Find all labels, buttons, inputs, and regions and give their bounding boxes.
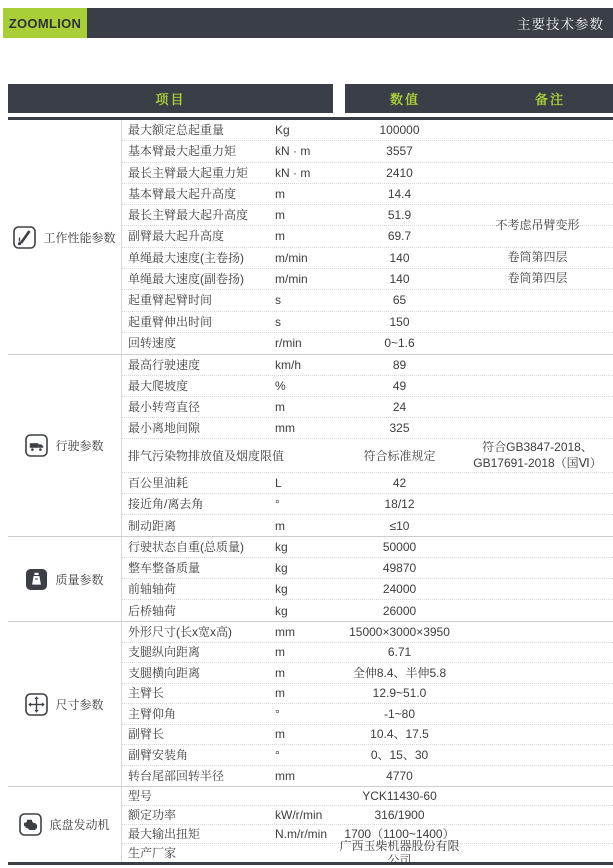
unit-cell: s (275, 293, 337, 307)
item-cell: 最小离地间隙 (122, 421, 275, 435)
unit-cell: r/min (275, 336, 337, 350)
value-cell: 100000 (337, 123, 462, 137)
item-cell: 生产厂家 (122, 846, 275, 860)
section-group-cell: 尺寸参数 (8, 622, 122, 786)
value-cell: 26000 (337, 604, 462, 618)
table-row: 最大爬坡度%49 (122, 376, 613, 397)
value-cell: 6.71 (337, 645, 462, 659)
unit-cell: m (275, 666, 337, 680)
remark-cell: 不考虑吊臂变形 (462, 218, 613, 234)
table-row: 基本臂最大起升高度m14.4 (122, 184, 613, 205)
column-header-value: 数值 (345, 89, 465, 108)
table-row: 接近角/离去角°18/12 (122, 494, 613, 515)
value-cell: YCK11430-60 (337, 789, 462, 803)
table-row: 最长主臂最大起重力矩kN · m2410 (122, 163, 613, 184)
table-row: 生产厂家广西玉柴机器股份有限公司 (122, 844, 613, 863)
table-row: 最小离地间隙mm325 (122, 418, 613, 439)
table-row: 主臂长m12.9~51.0 (122, 684, 613, 705)
table-row: 回转速度r/min0~1.6 (122, 333, 613, 354)
value-cell: 14.4 (337, 187, 462, 201)
parameter-section: 行驶参数最高行驶速度km/h89最大爬坡度%49最小转弯直径m24最小离地间隙m… (8, 355, 613, 537)
item-cell: 单绳最大速度(主卷扬) (122, 251, 275, 265)
value-cell: 50000 (337, 540, 462, 554)
parameter-section: 底盘发动机型号YCK11430-60额定功率kW/r/min316/1900最大… (8, 787, 613, 862)
value-cell: 140 (337, 251, 462, 265)
unit-cell: N.m/r/min (275, 827, 337, 841)
section-group-cell: 底盘发动机 (8, 787, 122, 862)
table-row: 前轴轴荷kg24000 (122, 579, 613, 600)
unit-cell: mm (275, 421, 337, 435)
item-cell: 接近角/离去角 (122, 497, 275, 511)
value-cell: 24 (337, 400, 462, 414)
item-cell: 回转速度 (122, 336, 275, 350)
table-row: 单绳最大速度(主卷扬)m/min140卷筒第四层 (122, 248, 613, 269)
unit-cell: mm (275, 769, 337, 783)
unit-cell: kg (275, 561, 337, 575)
table-row: 外形尺寸(长x宽x高)mm15000×3000×3950 (122, 622, 613, 643)
value-cell: 140 (337, 272, 462, 286)
table-row: 转台尾部回转半径mm4770 (122, 766, 613, 787)
item-cell: 副臂安装角 (122, 748, 275, 762)
unit-cell: kW/r/min (275, 808, 337, 822)
value-cell: 49870 (337, 561, 462, 575)
table-row: 行驶状态自重(总质量)kg50000 (122, 537, 613, 558)
table-row: 排气污染物排放值及烟度限值符合标准规定符合GB3847-2018、 GB1769… (122, 439, 613, 473)
unit-cell: ° (275, 748, 337, 762)
value-cell: ≤10 (337, 519, 462, 533)
unit-cell: km/h (275, 358, 337, 372)
value-cell: 15000×3000×3950 (337, 625, 462, 639)
value-cell: 69.7 (337, 229, 462, 243)
table-row: 最大额定总起重量Kg100000 (122, 120, 613, 141)
table-row: 型号YCK11430-60 (122, 787, 613, 806)
item-cell: 起重臂伸出时间 (122, 315, 275, 329)
truck-icon (25, 434, 48, 457)
unit-cell: kg (275, 604, 337, 618)
unit-cell: m (275, 229, 337, 243)
table-row: 制动距离m≤10 (122, 515, 613, 536)
table-row: 起重臂伸出时间s150 (122, 312, 613, 333)
unit-cell: m (275, 400, 337, 414)
item-cell: 单绳最大速度(副卷扬) (122, 272, 275, 286)
value-cell: 12.9~51.0 (337, 686, 462, 700)
unit-cell: m (275, 187, 337, 201)
value-cell: 18/12 (337, 497, 462, 511)
unit-cell: m (275, 686, 337, 700)
item-cell: 额定功率 (122, 808, 275, 822)
remark-cell: 卷筒第四层 (462, 250, 613, 266)
unit-cell: % (275, 379, 337, 393)
item-cell: 后桥轴荷 (122, 604, 275, 618)
section-label: 底盘发动机 (49, 816, 109, 833)
unit-cell: kg (275, 540, 337, 554)
value-cell: 65 (337, 293, 462, 307)
table-row: 主臂仰角°-1~80 (122, 704, 613, 725)
value-cell: 2410 (337, 166, 462, 180)
column-header-remark: 备注 (465, 89, 613, 108)
move-arrows-icon (25, 693, 48, 716)
item-cell: 支腿纵向距离 (122, 645, 275, 659)
unit-cell: mm (275, 625, 337, 639)
value-cell: 0、15、30 (337, 748, 462, 762)
value-cell: 325 (337, 421, 462, 435)
section-group-cell: 行驶参数 (8, 355, 122, 536)
item-cell: 制动距离 (122, 519, 275, 533)
value-cell: 0~1.6 (337, 336, 462, 350)
section-rows: 最高行驶速度km/h89最大爬坡度%49最小转弯直径m24最小离地间隙mm325… (122, 355, 613, 536)
table-row: 副臂安装角°0、15、30 (122, 745, 613, 766)
unit-cell: m/min (275, 272, 337, 286)
unit-cell: L (275, 476, 337, 490)
section-label: 行驶参数 (55, 437, 103, 454)
value-cell: 24000 (337, 582, 462, 596)
item-cell: 百公里油耗 (122, 476, 275, 490)
unit-cell: m (275, 208, 337, 222)
table-row: 后桥轴荷kg26000 (122, 600, 613, 621)
item-cell: 基本臂最大起重力矩 (122, 144, 275, 158)
item-cell: 型号 (122, 789, 275, 803)
item-cell: 最高行驶速度 (122, 358, 275, 372)
remark-cell: 符合GB3847-2018、 GB17691-2018（国Ⅵ） (462, 440, 613, 471)
table-header: 项目 数值 备注 (8, 84, 613, 113)
value-cell: 49 (337, 379, 462, 393)
unit-cell: m (275, 645, 337, 659)
section-rows: 型号YCK11430-60额定功率kW/r/min316/1900最大输出扭矩N… (122, 787, 613, 862)
item-cell: 最大输出扭矩 (122, 827, 275, 841)
unit-cell: m (275, 727, 337, 741)
value-cell: 符合标准规定 (337, 449, 462, 463)
table-row: 基本臂最大起重力矩kN · m3557 (122, 141, 613, 162)
section-group-cell: 质量参数 (8, 537, 122, 621)
value-cell: 3557 (337, 144, 462, 158)
item-cell: 行驶状态自重(总质量) (122, 540, 275, 554)
weight-icon (25, 568, 48, 591)
value-cell: 89 (337, 358, 462, 372)
section-rows: 行驶状态自重(总质量)kg50000整车整备质量kg49870前轴轴荷kg240… (122, 537, 613, 621)
value-cell: 316/1900 (337, 808, 462, 822)
parameter-section: 质量参数行驶状态自重(总质量)kg50000整车整备质量kg49870前轴轴荷k… (8, 537, 613, 622)
value-cell: 150 (337, 315, 462, 329)
value-cell: 51.9 (337, 208, 462, 222)
header-right-block: 数值 备注 (345, 84, 613, 113)
section-label: 尺寸参数 (55, 696, 103, 713)
value-cell: 广西玉柴机器股份有限公司 (337, 839, 462, 868)
table-body: 工作性能参数最大额定总起重量Kg100000基本臂最大起重力矩kN · m355… (8, 117, 613, 865)
table-row: 整车整备质量kg49870 (122, 558, 613, 579)
table-row: 单绳最大速度(副卷扬)m/min140卷筒第四层 (122, 269, 613, 290)
section-rows: 最大额定总起重量Kg100000基本臂最大起重力矩kN · m3557最长主臂最… (122, 120, 613, 354)
unit-cell: kg (275, 582, 337, 596)
section-label: 工作性能参数 (43, 229, 115, 246)
table-row: 起重臂起臂时间s65 (122, 290, 613, 311)
value-cell: 42 (337, 476, 462, 490)
item-cell: 起重臂起臂时间 (122, 293, 275, 307)
table-row: 支腿纵向距离m6.71 (122, 643, 613, 664)
section-label: 质量参数 (55, 571, 103, 588)
table-row: 最高行驶速度km/h89 (122, 355, 613, 376)
item-cell: 排气污染物排放值及烟度限值 (122, 449, 275, 463)
item-cell: 整车整备质量 (122, 561, 275, 575)
table-row: 副臂长m10.4、17.5 (122, 725, 613, 746)
table-row: 额定功率kW/r/min316/1900 (122, 806, 613, 825)
zoomlion-logo: ZOOMLION (3, 8, 87, 38)
item-cell: 主臂长 (122, 686, 275, 700)
item-cell: 转台尾部回转半径 (122, 769, 275, 783)
crane-boom-icon (13, 226, 36, 249)
item-cell: 支腿横向距离 (122, 666, 275, 680)
unit-cell: ° (275, 707, 337, 721)
unit-cell: Kg (275, 123, 337, 137)
item-cell: 最长主臂最大起升高度 (122, 208, 275, 222)
top-bar: ZOOMLION 主要技术参数 (3, 8, 613, 38)
remark-cell: 卷筒第四层 (462, 271, 613, 287)
value-cell: 全伸8.4、半伸5.8 (337, 666, 462, 680)
item-cell: 最长主臂最大起重力矩 (122, 166, 275, 180)
value-cell: 10.4、17.5 (337, 727, 462, 741)
table-row: 最长主臂最大起升高度m51.9不考虑吊臂变形 (122, 205, 613, 226)
section-rows: 外形尺寸(长x宽x高)mm15000×3000×3950支腿纵向距离m6.71支… (122, 622, 613, 786)
page-title: 主要技术参数 (517, 13, 613, 33)
engine-icon (19, 813, 42, 836)
table-row: 最小转弯直径m24 (122, 397, 613, 418)
item-cell: 副臂长 (122, 727, 275, 741)
item-cell: 主臂仰角 (122, 707, 275, 721)
parameter-section: 工作性能参数最大额定总起重量Kg100000基本臂最大起重力矩kN · m355… (8, 120, 613, 355)
unit-cell: m/min (275, 251, 337, 265)
item-cell: 外形尺寸(长x宽x高) (122, 625, 275, 639)
unit-cell: kN · m (275, 166, 337, 180)
header-gap (333, 84, 345, 113)
parameter-section: 尺寸参数外形尺寸(长x宽x高)mm15000×3000×3950支腿纵向距离m6… (8, 622, 613, 787)
section-group-cell: 工作性能参数 (8, 120, 122, 354)
unit-cell: kN · m (275, 144, 337, 158)
unit-cell: s (275, 315, 337, 329)
table-row: 百公里油耗L42 (122, 473, 613, 494)
table-row: 支腿横向距离m全伸8.4、半伸5.8 (122, 663, 613, 684)
item-cell: 最小转弯直径 (122, 400, 275, 414)
item-cell: 副臂最大起升高度 (122, 229, 275, 243)
value-cell: -1~80 (337, 707, 462, 721)
value-cell: 4770 (337, 769, 462, 783)
item-cell: 最大爬坡度 (122, 379, 275, 393)
item-cell: 基本臂最大起升高度 (122, 187, 275, 201)
item-cell: 最大额定总起重量 (122, 123, 275, 137)
unit-cell: ° (275, 497, 337, 511)
column-header-item: 项目 (8, 84, 333, 113)
item-cell: 前轴轴荷 (122, 582, 275, 596)
unit-cell: m (275, 519, 337, 533)
